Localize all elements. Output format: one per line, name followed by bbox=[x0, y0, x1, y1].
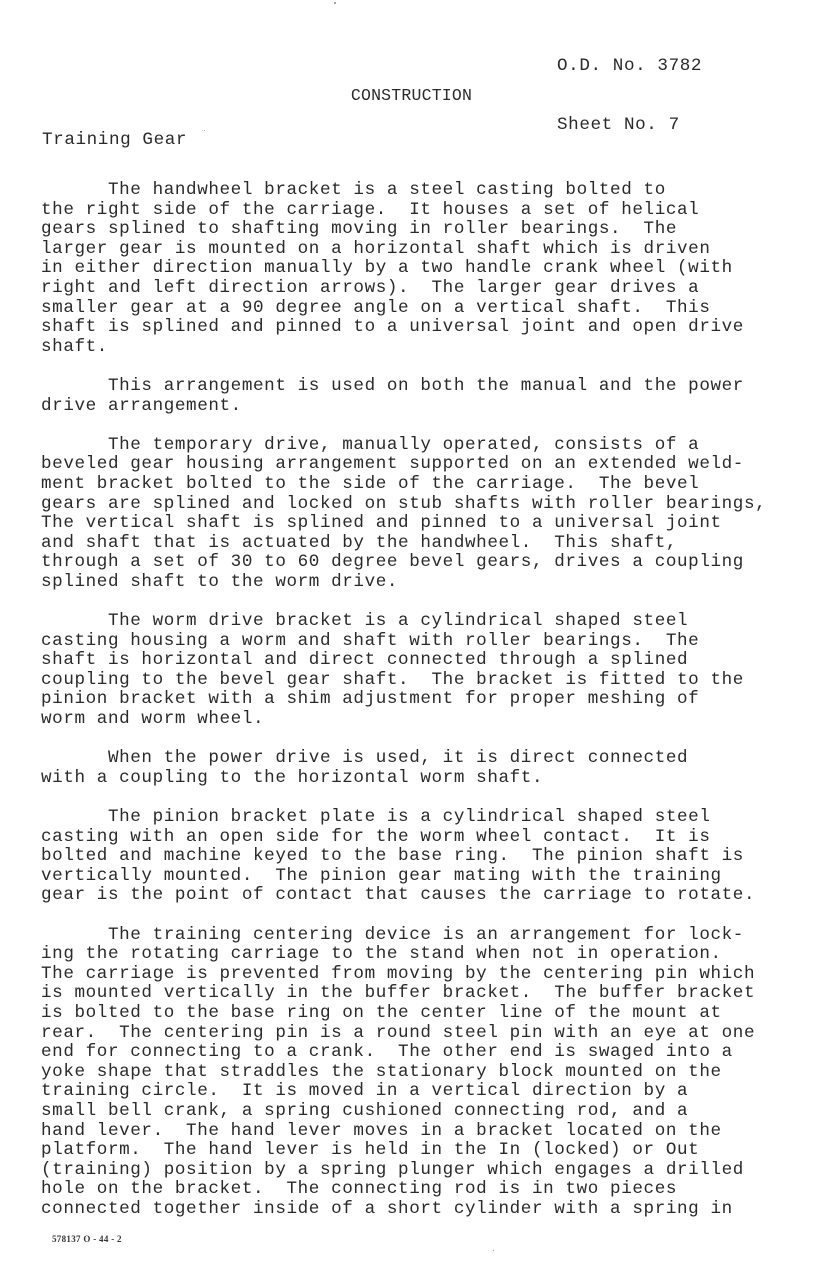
text-line: The pinion bracket plate is a cylindrica… bbox=[41, 808, 766, 828]
text-line: shaft is splined and pinned to a univers… bbox=[41, 318, 766, 338]
text-line: coupling to the bevel gear shaft. The br… bbox=[41, 671, 766, 691]
text-line: casting with an open side for the worm w… bbox=[41, 828, 766, 848]
text-line: gear is the point of contact that causes… bbox=[41, 886, 766, 906]
text-line: smaller gear at a 90 degree angle on a v… bbox=[41, 299, 766, 319]
paragraph: When the power drive is used, it is dire… bbox=[41, 749, 766, 788]
text-line: hand lever. The hand lever moves in a br… bbox=[41, 1122, 766, 1142]
text-line: The carriage is prevented from moving by… bbox=[41, 965, 766, 985]
text-line: The training centering device is an arra… bbox=[41, 926, 766, 946]
text-line: ment bracket bolted to the side of the c… bbox=[41, 475, 766, 495]
text-line: vertically mounted. The pinion gear mati… bbox=[41, 867, 766, 887]
paragraph: The training centering device is an arra… bbox=[41, 926, 766, 1220]
text-line: The handwheel bracket is a steel casting… bbox=[41, 181, 766, 201]
section-heading: Training Gear bbox=[42, 131, 187, 151]
text-line: (training) position by a spring plunger … bbox=[41, 1161, 766, 1181]
page-title: CONSTRUCTION bbox=[0, 86, 823, 106]
sheet-number: Sheet No. 7 bbox=[557, 116, 702, 136]
text-line: bolted and machine keyed to the base rin… bbox=[41, 847, 766, 867]
text-line: The temporary drive, manually operated, … bbox=[41, 436, 766, 456]
paragraph: The temporary drive, manually operated, … bbox=[41, 436, 766, 593]
text-line: ing the rotating carriage to the stand w… bbox=[41, 945, 766, 965]
text-line: larger gear is mounted on a horizontal s… bbox=[41, 240, 766, 260]
text-line: connected together inside of a short cyl… bbox=[41, 1200, 766, 1220]
text-line: with a coupling to the horizontal worm s… bbox=[41, 769, 766, 789]
text-line: worm and worm wheel. bbox=[41, 710, 766, 730]
text-line: rear. The centering pin is a round steel… bbox=[41, 1024, 766, 1044]
text-line: shaft. bbox=[41, 338, 766, 358]
scan-speck bbox=[204, 130, 205, 131]
print-code: 578137 O - 44 - 2 bbox=[52, 1234, 122, 1244]
text-line: casting housing a worm and shaft with ro… bbox=[41, 632, 766, 652]
text-line: is bolted to the base ring on the center… bbox=[41, 1004, 766, 1024]
text-line: end for connecting to a crank. The other… bbox=[41, 1043, 766, 1063]
text-line: yoke shape that straddles the stationary… bbox=[41, 1063, 766, 1083]
scan-speck bbox=[334, 2, 336, 4]
text-line: platform. The hand lever is held in the … bbox=[41, 1141, 766, 1161]
paragraph: The handwheel bracket is a steel casting… bbox=[41, 181, 766, 357]
text-line: small bell crank, a spring cushioned con… bbox=[41, 1102, 766, 1122]
text-line: splined shaft to the worm drive. bbox=[41, 573, 766, 593]
paragraph: The worm drive bracket is a cylindrical … bbox=[41, 612, 766, 730]
text-line: This arrangement is used on both the man… bbox=[41, 377, 766, 397]
text-line: beveled gear housing arrangement support… bbox=[41, 455, 766, 475]
text-line: pinion bracket with a shim adjustment fo… bbox=[41, 690, 766, 710]
text-line: The vertical shaft is splined and pinned… bbox=[41, 514, 766, 534]
text-line: through a set of 30 to 60 degree bevel g… bbox=[41, 553, 766, 573]
text-line: The worm drive bracket is a cylindrical … bbox=[41, 612, 766, 632]
text-line: When the power drive is used, it is dire… bbox=[41, 749, 766, 769]
text-line: is mounted vertically in the buffer brac… bbox=[41, 984, 766, 1004]
doc-number: O.D. No. 3782 bbox=[557, 57, 702, 77]
text-line: training circle. It is moved in a vertic… bbox=[41, 1082, 766, 1102]
text-line: hole on the bracket. The connecting rod … bbox=[41, 1180, 766, 1200]
text-line: shaft is horizontal and direct connected… bbox=[41, 651, 766, 671]
text-line: gears splined to shafting moving in roll… bbox=[41, 220, 766, 240]
text-line: and shaft that is actuated by the handwh… bbox=[41, 534, 766, 554]
body-text: The handwheel bracket is a steel casting… bbox=[41, 181, 766, 1239]
paragraph: This arrangement is used on both the man… bbox=[41, 377, 766, 416]
paragraph: The pinion bracket plate is a cylindrica… bbox=[41, 808, 766, 906]
scan-speck bbox=[493, 1250, 494, 1251]
text-line: right and left direction arrows). The la… bbox=[41, 279, 766, 299]
text-line: the right side of the carriage. It house… bbox=[41, 201, 766, 221]
text-line: in either direction manually by a two ha… bbox=[41, 259, 766, 279]
text-line: gears are splined and locked on stub sha… bbox=[41, 495, 766, 515]
text-line: drive arrangement. bbox=[41, 397, 766, 417]
